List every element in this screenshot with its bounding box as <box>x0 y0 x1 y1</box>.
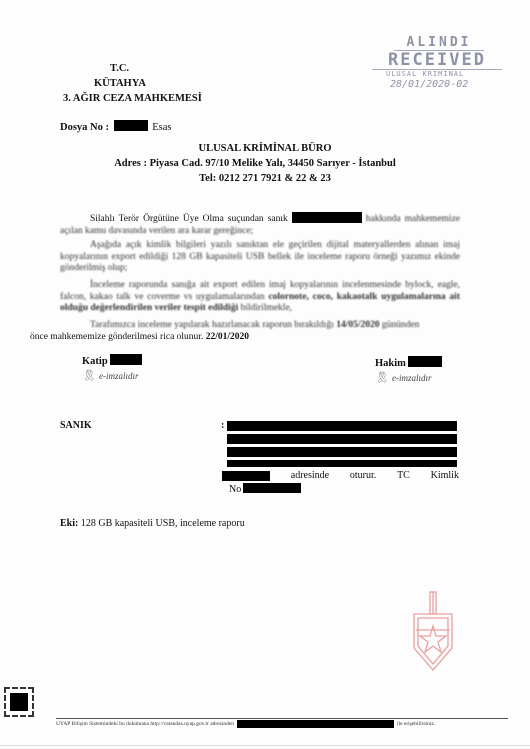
attachment-label: Eki: <box>60 518 78 529</box>
defendant-address-line: adresinde oturur. TC Kimlik <box>222 470 459 481</box>
p4-text-c: önce mahkememize gönderilmesi rica olunu… <box>30 332 206 342</box>
paragraph-2: Aşağıda açık kimlik bilgileri yazılı san… <box>60 240 460 275</box>
recipient-name: ULUSAL KRİMİNAL BÜRO <box>0 143 530 154</box>
redaction <box>222 471 270 481</box>
paragraph-4: Tarafımızca inceleme yapılarak hazırlana… <box>60 320 460 343</box>
stamp-line1: ALINDI <box>394 36 484 51</box>
award-ribbon-icon: 🎗 <box>375 372 389 384</box>
addr-word: oturur. <box>350 470 376 481</box>
redaction <box>110 354 142 365</box>
judge-signature: Hakim 🎗e-imzalıdır <box>375 356 442 384</box>
header-city: KÜTAHYA <box>94 77 146 91</box>
addr-word: Kimlik <box>431 470 459 481</box>
footer-divider <box>56 718 508 719</box>
stamp-line3: ULUSAL KRİMİNAL <box>386 70 502 79</box>
file-number: Dosya No : Esas <box>60 120 172 133</box>
addr-word: adresinde <box>291 470 329 481</box>
footer-text-a: UYAP Bilişim Sistemindeki bu dokümana ht… <box>56 721 234 727</box>
esig-label: e-imzalıdır <box>392 373 432 383</box>
recipient-phone: Tel: 0212 271 7921 & 22 & 23 <box>0 173 530 184</box>
header-court: 3. AĞIR CEZA MAHKEMESİ <box>63 92 202 106</box>
p4-signed-date: 22/01/2020 <box>206 332 249 342</box>
id-label: No <box>229 484 241 495</box>
footer-text-b: ile erişebilirsiniz. <box>397 721 435 727</box>
attachment-text: 128 GB kapasiteli USB, inceleme raporu <box>81 518 245 529</box>
redaction <box>237 720 394 728</box>
p1-text-a: Silahlı Terör Örgütüne Üye Olma suçundan… <box>90 214 288 224</box>
file-number-label: Dosya No : <box>60 122 109 133</box>
qr-code-icon <box>4 687 34 717</box>
defendant-label: SANIK <box>60 420 92 431</box>
redaction <box>243 483 301 493</box>
award-ribbon-icon: 🎗 <box>82 370 96 382</box>
footer-note: UYAP Bilişim Sistemindeki bu dokümana ht… <box>56 720 516 728</box>
attachment-line: Eki: 128 GB kapasiteli USB, inceleme rap… <box>60 518 245 529</box>
esig-label: e-imzalıdır <box>99 371 139 381</box>
shield-sword-emblem-icon <box>408 590 458 675</box>
redaction <box>114 120 148 131</box>
redaction <box>292 212 362 223</box>
redaction <box>227 460 457 467</box>
redaction <box>227 421 457 431</box>
stamp-line2: RECEIVED <box>372 51 502 70</box>
clerk-title: Katip <box>82 356 108 367</box>
defendant-colon: : <box>221 420 224 431</box>
paragraph-1: Silahlı Terör Örgütüne Üye Olma suçundan… <box>60 212 460 237</box>
page-edge <box>0 745 530 746</box>
received-stamp: ALINDI RECEIVED ULUSAL KRİMİNAL 28/01/20… <box>372 36 502 90</box>
p4-text-b: gününden <box>380 320 420 330</box>
p4-text-a: Tarafımızca inceleme yapılarak hazırlana… <box>90 320 336 330</box>
header-tc: T.C. <box>110 62 129 76</box>
clerk-signature: Katip 🎗e-imzalıdır <box>82 354 142 382</box>
redaction <box>227 447 457 457</box>
addr-word: TC <box>397 470 410 481</box>
judge-title: Hakim <box>375 358 406 369</box>
redaction <box>408 356 442 367</box>
stamp-date: 28/01/2020-02 <box>390 79 502 90</box>
defendant-id-line: No <box>229 483 301 495</box>
p4-deadline-date: 14/05/2020 <box>336 320 379 330</box>
redaction <box>227 434 457 444</box>
file-number-suffix: Esas <box>152 122 171 133</box>
recipient-address: Adres : Piyasa Cad. 97/10 Melike Yalı, 3… <box>0 158 520 169</box>
paragraph-3: İnceleme raporunda sanığa ait export edi… <box>60 280 460 315</box>
p3-text-c: bildirilmekle, <box>238 303 292 313</box>
